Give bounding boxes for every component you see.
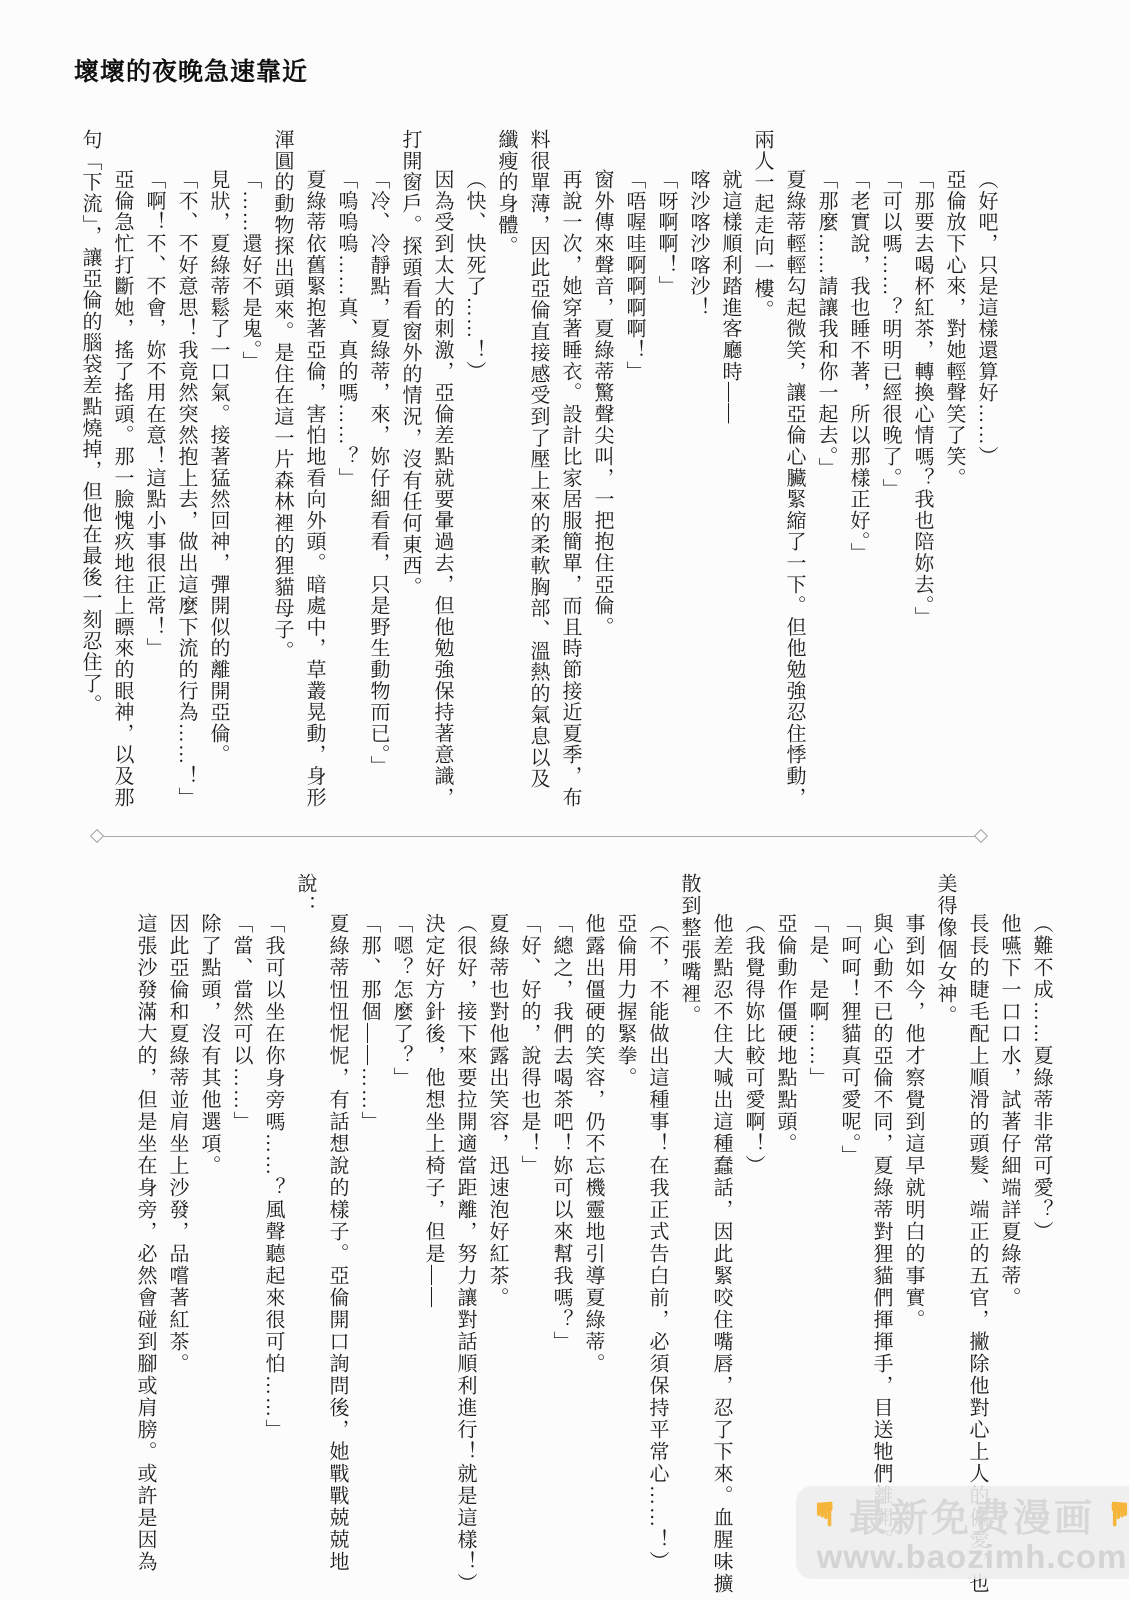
novel-paragraph: 決定好方針後，他想坐上椅子，但是—— <box>417 873 449 1600</box>
novel-paragraph: 亞倫動作僵硬地點點頭。 <box>769 873 801 1600</box>
novel-text-upper-section: （好吧，只是這樣還算好……）亞倫放下心來，對她輕聲笑了笑。「那要去喝杯紅茶，轉換… <box>74 129 1002 810</box>
novel-paragraph: 夏綠蒂也對他露出笑容，迅速泡好紅茶。 <box>481 873 513 1600</box>
novel-paragraph: 「冷、冷靜點，夏綠蒂，來，妳仔細看看，只是野生動物而已。」 <box>362 129 394 810</box>
watermark-title: 最新免费漫画 <box>849 1487 1095 1542</box>
finger-down-icon: ☚ <box>1103 1499 1129 1529</box>
novel-paragraph: 「嗚嗚嗚……真、真的嗎……？」 <box>330 129 362 810</box>
finger-down-icon: ☛ <box>807 1499 841 1529</box>
novel-paragraph: 因此亞倫和夏綠蒂並肩坐上沙發，品嚐著紅茶。 <box>161 873 193 1600</box>
divider-line <box>102 836 976 837</box>
novel-paragraph: 「不、不好意思！我竟然突然抱上去，做出這麼下流的行為……！」 <box>170 129 202 810</box>
novel-paragraph: （好吧，只是這樣還算好……） <box>970 129 1002 810</box>
novel-paragraph: 「……還好不是鬼。」 <box>234 129 266 810</box>
novel-paragraph: 再說一次，她穿著睡衣。設計比家居服簡單，而且時節接近夏季，布料很單薄，因此亞倫直… <box>490 129 586 810</box>
novel-paragraph: 「我可以坐在你身旁嗎……？風聲聽起來很可怕……」 <box>257 873 289 1600</box>
novel-paragraph: 他差點忍不住大喊出這種蠢話，因此緊咬住嘴唇，忍了下來。血腥味擴散到整張嘴裡。 <box>673 873 737 1600</box>
diamond-icon <box>974 829 988 843</box>
novel-paragraph: 「好、好的，說得也是！」 <box>513 873 545 1600</box>
novel-paragraph: 夏綠蒂依舊緊抱著亞倫，害怕地看向外頭。暗處中，草叢晃動，身形渾圓的動物探出頭來。… <box>266 129 330 810</box>
novel-paragraph: 亞倫放下心來，對她輕聲笑了笑。 <box>938 129 970 810</box>
novel-paragraph: （很好，接下來要拉開適當距離，努力讓對話順利進行！就是這樣！） <box>449 873 481 1600</box>
novel-paragraph: 就這樣順利踏進客廳時—— <box>714 129 746 810</box>
novel-paragraph: （不，不能做出這種事！在我正式告白前，必須保持平常心……！） <box>641 873 673 1600</box>
novel-paragraph: 夏綠蒂輕輕勾起微笑，讓亞倫心臟緊縮了一下。但他勉強忍住悸動，兩人一起走向一樓。 <box>746 129 810 810</box>
novel-paragraph: 「總之，我們去喝茶吧！妳可以來幫我嗎？」 <box>545 873 577 1600</box>
novel-page: 壞壞的夜晚急速靠近 （好吧，只是這樣還算好……）亞倫放下心來，對她輕聲笑了笑。「… <box>0 0 1129 1600</box>
watermark-url[interactable]: www.baozimh.com <box>817 1539 1128 1575</box>
novel-paragraph: 這張沙發滿大的，但是坐在身旁，必然會碰到腳或肩膀。或許是因為 <box>129 873 161 1600</box>
section-divider <box>92 828 986 844</box>
novel-paragraph: 除了點頭，沒有其他選項。 <box>193 873 225 1600</box>
novel-paragraph: （我覺得妳比較可愛啊！） <box>737 873 769 1600</box>
novel-paragraph: （快、快死了……！） <box>458 129 490 810</box>
diamond-icon <box>90 829 104 843</box>
novel-paragraph: 「唔喔哇啊啊啊啊！」 <box>618 129 650 810</box>
novel-paragraph: 「那要去喝杯紅茶，轉換心情嗎？我也陪妳去。」 <box>906 129 938 810</box>
novel-paragraph: 他露出僵硬的笑容，仍不忘機靈地引導夏綠蒂。 <box>577 873 609 1600</box>
novel-paragraph: 因為受到太大的刺激，亞倫差點就要暈過去，但他勉強保持著意識，打開窗戶。探頭看看窗… <box>394 129 458 810</box>
chapter-title: 壞壞的夜晚急速靠近 <box>74 52 308 88</box>
novel-paragraph: 亞倫急忙打斷她，搖了搖頭。那一臉愧疚地往上瞟來的眼神，以及那句「下流」，讓亞倫的… <box>74 129 138 810</box>
novel-paragraph: 「那麼……請讓我和你一起去。」 <box>810 129 842 810</box>
novel-paragraph: 見狀，夏綠蒂鬆了一口氣。接著猛然回神，彈開似的離開亞倫。 <box>202 129 234 810</box>
novel-paragraph: 窗外傳來聲音，夏綠蒂驚聲尖叫，一把抱住亞倫。 <box>586 129 618 810</box>
novel-paragraph: 「啊！不、不會，妳不用在意！這點小事很正常！」 <box>138 129 170 810</box>
novel-paragraph: 亞倫用力握緊拳。 <box>609 873 641 1600</box>
watermark-title-row: ☛ 最新免费漫画 ☚ <box>809 1489 1129 1539</box>
novel-paragraph: 「呀啊啊！」 <box>650 129 682 810</box>
novel-paragraph: 「當、當然可以……」 <box>225 873 257 1600</box>
watermark-banner[interactable]: ☛ 最新免费漫画 ☚ www.baozimh.com <box>796 1486 1129 1579</box>
novel-paragraph: 「可以嗎……？明明已經很晚了。」 <box>874 129 906 810</box>
novel-paragraph: 「那、那個——……」 <box>353 873 385 1600</box>
novel-paragraph: 「嗯？怎麼了？」 <box>385 873 417 1600</box>
novel-paragraph: 喀沙喀沙喀沙！ <box>682 129 714 810</box>
novel-paragraph: 夏綠蒂忸忸怩怩，有話想說的樣子。亞倫開口詢問後，她戰戰兢兢地說： <box>289 873 353 1600</box>
novel-paragraph: 「老實說，我也睡不著，所以那樣正好。」 <box>842 129 874 810</box>
